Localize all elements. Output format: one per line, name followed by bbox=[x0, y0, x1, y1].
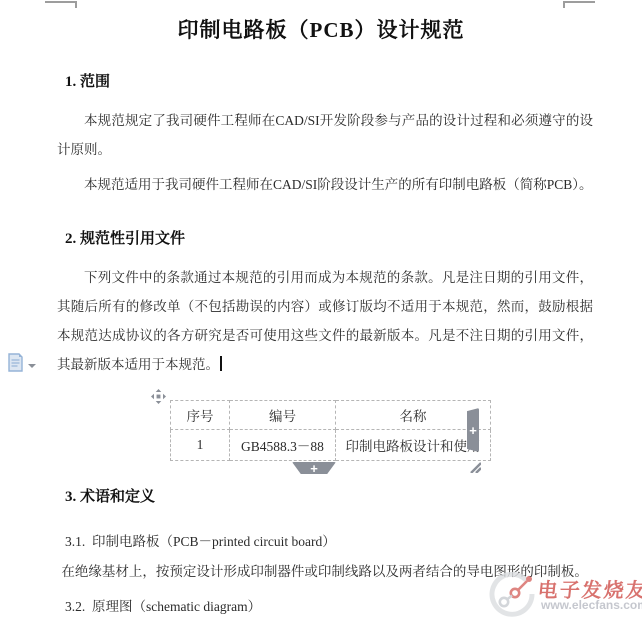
elecfans-watermark: 电子发烧友 www.elecfans.com bbox=[488, 572, 642, 620]
term-3-2-title: 3.2. 原理图（schematic diagram） bbox=[65, 595, 261, 615]
plus-icon: + bbox=[310, 461, 318, 476]
table-header-row: 序号 编号 名称 bbox=[171, 401, 491, 430]
top-left-crop-tick bbox=[75, 1, 77, 8]
plus-icon: + bbox=[469, 423, 477, 438]
paragraph-scope-1: 本规范规定了我司硬件工程师在CAD/SI开发阶段参与产品的设计过程和必须遵守的设… bbox=[57, 106, 593, 164]
paragraph-references-text: 下列文件中的条款通过本规范的引用而成为本规范的条款。凡是注日期的引用文件，其随后… bbox=[57, 270, 593, 372]
table-cell-index: 1 bbox=[171, 430, 230, 461]
term-3-1-title: 3.1. 印制电路板（PCB－printed circuit board） bbox=[65, 530, 336, 550]
table-row: 1 GB4588.3－88 印制电路板设计和使用 bbox=[171, 430, 491, 461]
page-title: 印制电路板（PCB）设计规范 bbox=[0, 14, 642, 44]
text-cursor bbox=[220, 356, 222, 371]
top-left-crop-mark bbox=[45, 1, 77, 3]
table-resize-grip-icon[interactable] bbox=[469, 461, 481, 473]
top-right-crop-tick bbox=[563, 1, 565, 8]
table-insert-column-button[interactable]: + bbox=[467, 408, 479, 452]
paragraph-scope-2: 本规范适用于我司硬件工程师在CAD/SI阶段设计生产的所有印制电路板（简称PCB… bbox=[57, 170, 593, 199]
heading-terms: 3. 术语和定义 bbox=[65, 485, 155, 506]
heading-scope: 1. 范围 bbox=[65, 70, 110, 91]
table-move-handle-icon[interactable] bbox=[151, 389, 166, 404]
paste-document-icon bbox=[7, 353, 24, 378]
elecfans-url-text: www.elecfans.com bbox=[541, 598, 642, 612]
references-table: 序号 编号 名称 1 GB4588.3－88 印制电路板设计和使用 bbox=[170, 400, 491, 461]
table-cell-number: GB4588.3－88 bbox=[230, 430, 336, 461]
paste-dropdown-arrow-icon bbox=[28, 356, 36, 374]
heading-references: 2. 规范性引用文件 bbox=[65, 227, 185, 248]
table-insert-row-button[interactable]: + bbox=[292, 462, 336, 474]
top-right-crop-mark bbox=[563, 1, 595, 3]
table-header-number: 编号 bbox=[230, 401, 336, 430]
paste-options-button[interactable] bbox=[7, 353, 43, 377]
table-header-index: 序号 bbox=[171, 401, 230, 430]
paragraph-references: 下列文件中的条款通过本规范的引用而成为本规范的条款。凡是注日期的引用文件，其随后… bbox=[57, 263, 593, 379]
document-page: 印制电路板（PCB）设计规范 1. 范围 本规范规定了我司硬件工程师在CAD/S… bbox=[0, 0, 642, 625]
